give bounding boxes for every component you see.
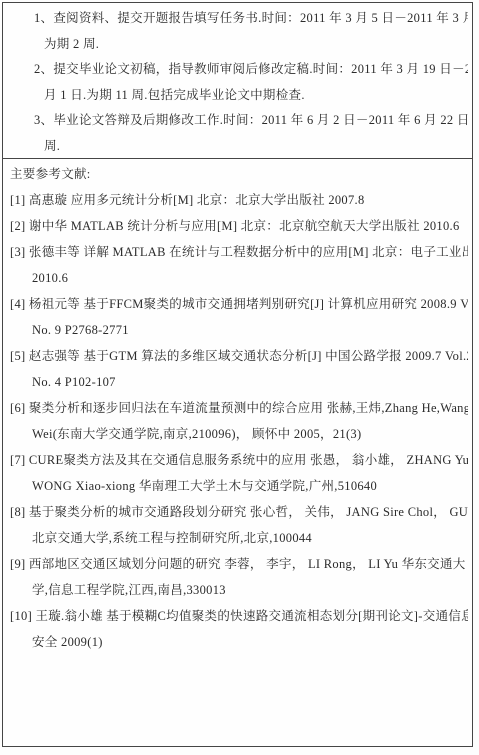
reference-10-line-1: [10] 王璇.翁小雄 基于模糊C均值聚类的快速路交通流相态划分[期刊论文]-交… xyxy=(3,603,468,629)
schedule-item-3-line-1: 3、毕业论文答辩及后期修改工作.时间：2011 年 6 月 2 日－2011 年… xyxy=(3,108,468,134)
reference-10-line-2: 安全 2009(1) xyxy=(3,629,468,655)
references-section: 主要参考文献: [1] 高惠璇 应用多元统计分析[M] 北京：北京大学出版社 2… xyxy=(3,158,472,655)
reference-9-line-1: [9] 西部地区交通区域划分问题的研究 李蓉， 李宇， LI Rong， LI … xyxy=(3,551,468,577)
reference-6-line-2: Wei(东南大学交通学院,南京,210096)， 顾怀中 2005，21(3) xyxy=(3,421,468,447)
reference-4-line-2: No. 9 P2768-2771 xyxy=(3,317,468,343)
reference-8-line-2: 北京交通大学,系统工程与控制研究所,北京,100044 xyxy=(3,525,468,551)
schedule-item-1-line-1: 1、查阅资料、提交开题报告填写任务书.时间：2011 年 3 月 5 日－201… xyxy=(3,6,468,32)
schedule-section: 1、查阅资料、提交开题报告填写任务书.时间：2011 年 3 月 5 日－201… xyxy=(3,3,472,158)
reference-6-line-1: [6] 聚类分析和逐步回归法在车道流量预测中的综合应用 张赫,王炜,Zhang … xyxy=(3,395,468,421)
document-page: 1、查阅资料、提交开题报告填写任务书.时间：2011 年 3 月 5 日－201… xyxy=(0,0,479,755)
reference-7-line-2: WONG Xiao-xiong 华南理工大学土木与交通学院,广州,510640 xyxy=(3,473,468,499)
schedule-item-3-line-2: 周. xyxy=(3,134,468,160)
schedule-item-2-line-2: 月 1 日.为期 11 周.包括完成毕业论文中期检查. xyxy=(3,83,468,109)
document-table: 1、查阅资料、提交开题报告填写任务书.时间：2011 年 3 月 5 日－201… xyxy=(2,2,473,747)
reference-7-line-1: [7] CURE聚类方法及其在交通信息服务系统中的应用 张愚， 翁小雄， ZHA… xyxy=(3,447,468,473)
reference-3-line-2: 2010.6 xyxy=(3,265,468,291)
schedule-item-1-line-2: 为期 2 周. xyxy=(3,32,468,58)
reference-5-line-2: No. 4 P102-107 xyxy=(3,369,468,395)
reference-4-line-1: [4] 杨祖元等 基于FFCM聚类的城市交通拥堵判别研究[J] 计算机应用研究 … xyxy=(3,291,468,317)
reference-5-line-1: [5] 赵志强等 基于GTM 算法的多维区域交通状态分析[J] 中国公路学报 2… xyxy=(3,343,468,369)
reference-1-line-1: [1] 高惠璇 应用多元统计分析[M] 北京：北京大学出版社 2007.8 xyxy=(3,187,468,213)
references-title: 主要参考文献: xyxy=(3,161,468,187)
reference-2-line-1: [2] 谢中华 MATLAB 统计分析与应用[M] 北京：北京航空航天大学出版社… xyxy=(3,213,468,239)
reference-8-line-1: [8] 基于聚类分析的城市交通路段划分研究 张心哲， 关伟， JANG Sire… xyxy=(3,499,468,525)
reference-3-line-1: [3] 张德丰等 详解 MATLAB 在统计与工程数据分析中的应用[M] 北京：… xyxy=(3,239,468,265)
reference-9-line-2: 学,信息工程学院,江西,南昌,330013 xyxy=(3,577,468,603)
schedule-item-2-line-1: 2、提交毕业论文初稿，指导教师审阅后修改定稿.时间：2011 年 3 月 19 … xyxy=(3,57,468,83)
